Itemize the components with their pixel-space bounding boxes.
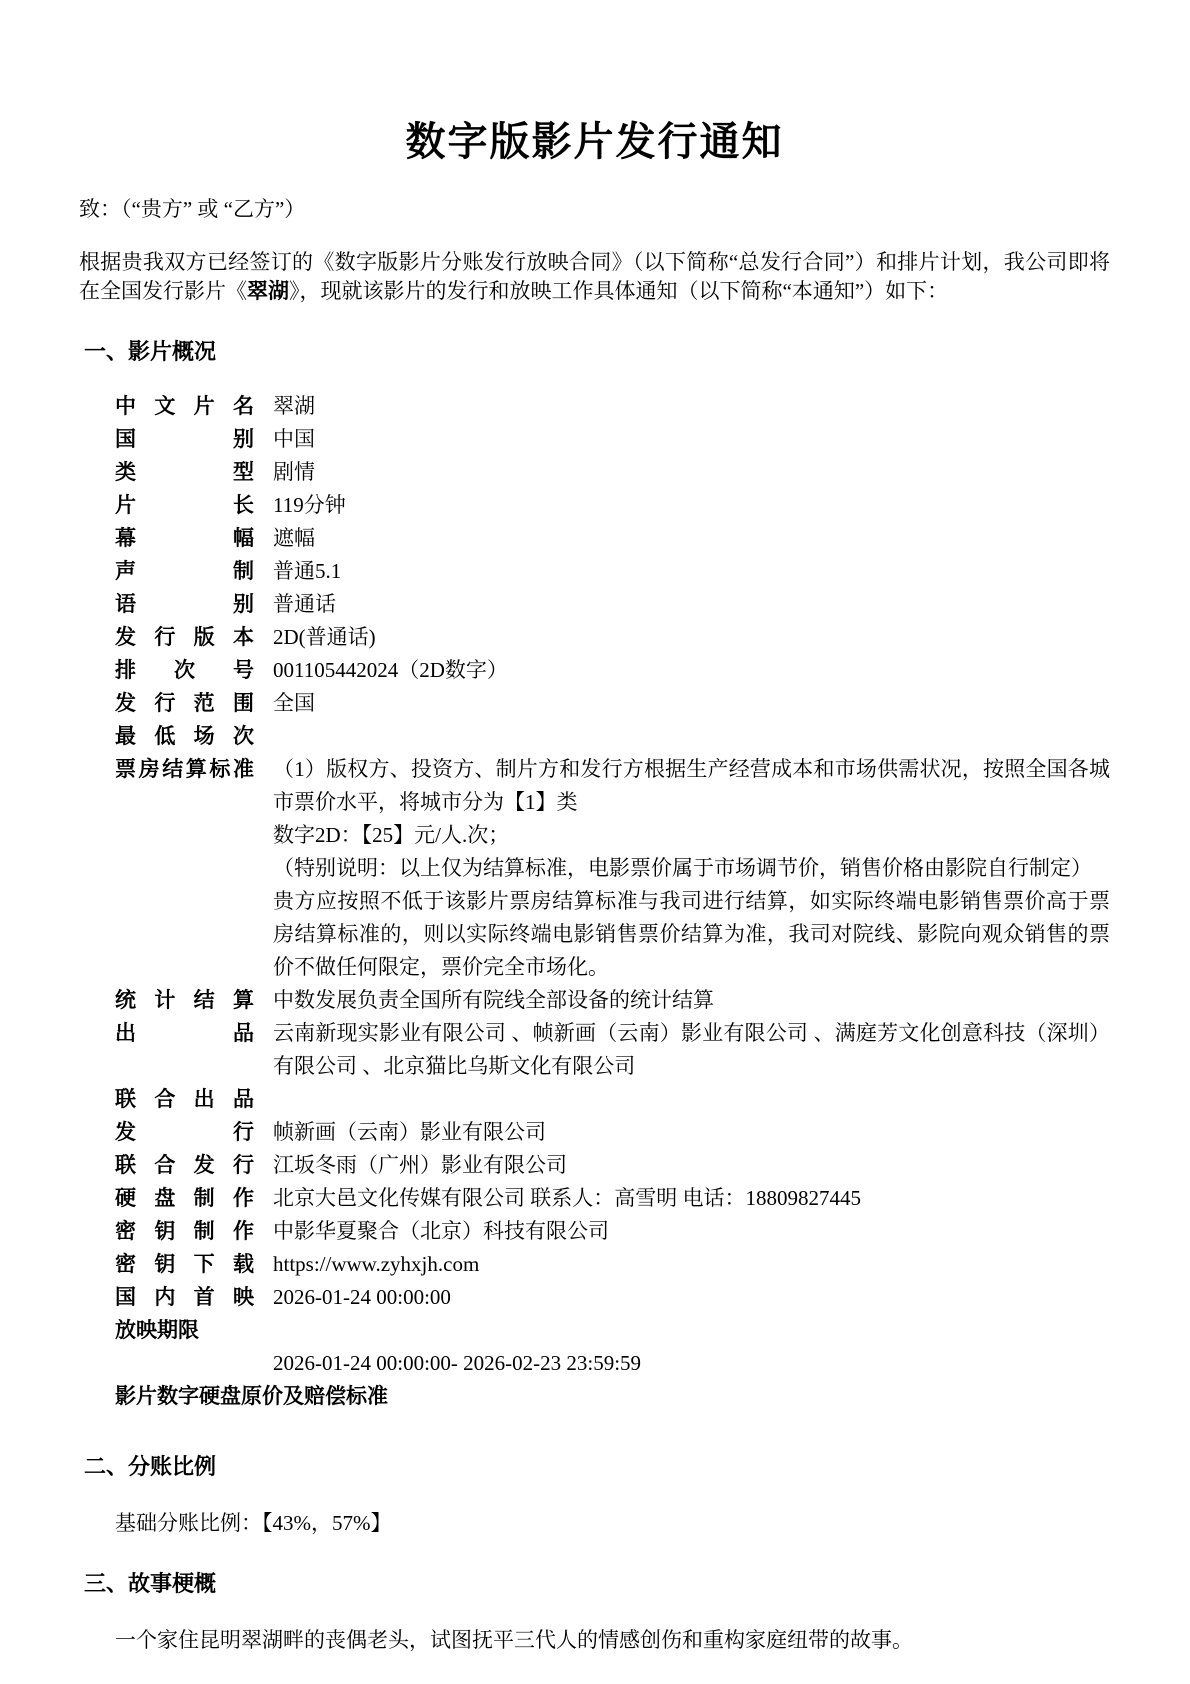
addressee-line: 致：（“贵方” 或 “乙方”） <box>79 195 1110 224</box>
field-value-line: 云南新现实影业有限公司 、帧新画（云南）影业有限公司 、满庭芳文化创意科技（深圳… <box>273 1017 1110 1083</box>
field-value: 江坂冬雨（广州）影业有限公司 <box>273 1149 1110 1182</box>
field-row: 联合发行 江坂冬雨（广州）影业有限公司 <box>115 1149 1110 1182</box>
field-label: 中文片名 <box>115 390 254 423</box>
field-value-line: （1）版权方、投资方、制片方和发行方根据生产经营成本和市场供需状况，按照全国各城… <box>273 753 1110 819</box>
field-row: 国内首映 2026-01-24 00:00:00 <box>115 1281 1110 1314</box>
field-row: 最低场次 <box>115 720 1110 753</box>
field-label: 幕幅 <box>115 522 254 555</box>
field-row: 语别 普通话 <box>115 588 1110 621</box>
field-value-line: 001105442024（2D数字） <box>273 654 1110 687</box>
field-row: 发行版本 2D(普通话) <box>115 621 1110 654</box>
section-heading-synopsis: 三、故事梗概 <box>84 1572 1110 1596</box>
field-value-line: 普通5.1 <box>273 555 1110 588</box>
field-row: 国别 中国 <box>115 423 1110 456</box>
field-row: 放映期限 2026-01-24 00:00:00- 2026-02-23 23:… <box>115 1314 1110 1380</box>
field-value <box>407 1380 1110 1413</box>
field-value: 遮幅 <box>273 522 1110 555</box>
field-value <box>273 720 1110 753</box>
field-value-line: 贵方应按照不低于该影片票房结算标准与我司进行结算，如实际终端电影销售票价高于票房… <box>273 885 1110 984</box>
field-row: 类型 剧情 <box>115 456 1110 489</box>
film-title-bold: 翠湖 <box>247 279 289 303</box>
field-row: 统计结算 中数发展负责全国所有院线全部设备的统计结算 <box>115 984 1110 1017</box>
page-title: 数字版影片发行通知 <box>79 120 1110 164</box>
field-value: 2026-01-24 00:00:00- 2026-02-23 23:59:59 <box>273 1347 1110 1380</box>
field-value-line: 全国 <box>273 687 1110 720</box>
field-value: 119分钟 <box>273 489 1110 522</box>
field-row: 影片数字硬盘原价及赔偿标准 <box>115 1380 1110 1413</box>
field-row: 中文片名 翠湖 <box>115 390 1110 423</box>
field-label: 联合出品 <box>115 1083 254 1116</box>
field-label: 最低场次 <box>115 720 254 753</box>
field-value: （1）版权方、投资方、制片方和发行方根据生产经营成本和市场供需状况，按照全国各城… <box>273 753 1110 984</box>
field-label: 国内首映 <box>115 1281 254 1314</box>
field-value: 2D(普通话) <box>273 621 1110 654</box>
field-value: 普通5.1 <box>273 555 1110 588</box>
field-label: 票房结算标准 <box>115 753 254 786</box>
field-row: 片长 119分钟 <box>115 489 1110 522</box>
field-value-line <box>407 1380 1110 1413</box>
field-row: 票房结算标准 （1）版权方、投资方、制片方和发行方根据生产经营成本和市场供需状况… <box>115 753 1110 984</box>
field-value-line: 江坂冬雨（广州）影业有限公司 <box>273 1149 1110 1182</box>
field-value: 2026-01-24 00:00:00 <box>273 1281 1110 1314</box>
film-overview-fields: 中文片名 翠湖 国别 中国 类型 剧情 片长 119分钟 幕幅 遮幅 声制 普通… <box>115 390 1110 1413</box>
field-value-line: 中数发展负责全国所有院线全部设备的统计结算 <box>273 984 1110 1017</box>
field-value-line: 北京大邑文化传媒有限公司 联系人：高雪明 电话：18809827445 <box>273 1182 1110 1215</box>
synopsis-content: 一个家住昆明翠湖畔的丧偶老头，试图抚平三代人的情感创伤和重构家庭纽带的故事。 <box>115 1626 1110 1655</box>
field-value: 普通话 <box>273 588 1110 621</box>
field-value: 帧新画（云南）影业有限公司 <box>273 1116 1110 1149</box>
field-row: 发行范围 全国 <box>115 687 1110 720</box>
field-label: 密钥制作 <box>115 1215 254 1248</box>
field-value: 全国 <box>273 687 1110 720</box>
field-label: 片长 <box>115 489 254 522</box>
field-value: 中国 <box>273 423 1110 456</box>
field-label: 统计结算 <box>115 984 254 1017</box>
field-value-line: 119分钟 <box>273 489 1110 522</box>
field-label: 发行版本 <box>115 621 254 654</box>
field-label: 发行范围 <box>115 687 254 720</box>
field-value-line: 2D(普通话) <box>273 621 1110 654</box>
field-value: https://www.zyhxjh.com <box>273 1248 1110 1281</box>
field-value: 001105442024（2D数字） <box>273 654 1110 687</box>
field-value-line: 遮幅 <box>273 522 1110 555</box>
field-value-line: 帧新画（云南）影业有限公司 <box>273 1116 1110 1149</box>
field-label: 声制 <box>115 555 254 588</box>
field-value-line: 中国 <box>273 423 1110 456</box>
field-row: 出品 云南新现实影业有限公司 、帧新画（云南）影业有限公司 、满庭芳文化创意科技… <box>115 1017 1110 1083</box>
field-label: 发行 <box>115 1116 254 1149</box>
field-row: 密钥下载 https://www.zyhxjh.com <box>115 1248 1110 1281</box>
field-label: 出品 <box>115 1017 254 1050</box>
field-label: 硬盘制作 <box>115 1182 254 1215</box>
field-row: 幕幅 遮幅 <box>115 522 1110 555</box>
field-value-line: 剧情 <box>273 456 1110 489</box>
field-label: 联合发行 <box>115 1149 254 1182</box>
field-label: 语别 <box>115 588 254 621</box>
field-value-line: https://www.zyhxjh.com <box>273 1248 1110 1281</box>
intro-text-after: 》，现就该影片的发行和放映工作具体通知（以下简称“本通知”）如下： <box>289 279 948 303</box>
intro-paragraph: 根据贵我双方已经签订的《数字版影片分账发行放映合同》（以下简称“总发行合同”）和… <box>79 248 1110 306</box>
field-value-line: 中影华夏聚合（北京）科技有限公司 <box>273 1215 1110 1248</box>
field-label: 影片数字硬盘原价及赔偿标准 <box>115 1380 388 1413</box>
field-label: 密钥下载 <box>115 1248 254 1281</box>
field-row: 密钥制作 中影华夏聚合（北京）科技有限公司 <box>115 1215 1110 1248</box>
field-value-line <box>273 720 1110 753</box>
field-label: 类型 <box>115 456 254 489</box>
field-value-line: 数字2D：【25】元/人.次； <box>273 819 1110 852</box>
field-label: 排次号 <box>115 654 254 687</box>
field-label: 国别 <box>115 423 254 456</box>
field-row: 发行 帧新画（云南）影业有限公司 <box>115 1116 1110 1149</box>
field-value: 中数发展负责全国所有院线全部设备的统计结算 <box>273 984 1110 1017</box>
field-value-line <box>273 1083 1110 1116</box>
field-value-line: 翠湖 <box>273 390 1110 423</box>
field-label: 放映期限 <box>115 1314 254 1347</box>
field-row: 排次号 001105442024（2D数字） <box>115 654 1110 687</box>
field-value: 云南新现实影业有限公司 、帧新画（云南）影业有限公司 、满庭芳文化创意科技（深圳… <box>273 1017 1110 1083</box>
notice-document: 数字版影片发行通知 致：（“贵方” 或 “乙方”） 根据贵我双方已经签订的《数字… <box>0 0 1190 1684</box>
field-value: 剧情 <box>273 456 1110 489</box>
field-value: 中影华夏聚合（北京）科技有限公司 <box>273 1215 1110 1248</box>
field-value-line: 2026-01-24 00:00:00- 2026-02-23 23:59:59 <box>273 1347 1110 1380</box>
field-value: 翠湖 <box>273 390 1110 423</box>
section-heading-overview: 一、影片概况 <box>84 340 1110 364</box>
field-value-line: 普通话 <box>273 588 1110 621</box>
field-value-line: 2026-01-24 00:00:00 <box>273 1281 1110 1314</box>
field-row: 声制 普通5.1 <box>115 555 1110 588</box>
field-row: 硬盘制作 北京大邑文化传媒有限公司 联系人：高雪明 电话：18809827445 <box>115 1182 1110 1215</box>
field-value: 北京大邑文化传媒有限公司 联系人：高雪明 电话：18809827445 <box>273 1182 1110 1215</box>
field-value <box>273 1083 1110 1116</box>
revenue-split-content: 基础分账比例：【43%，57%】 <box>115 1509 1110 1538</box>
field-value-line: （特别说明：以上仅为结算标准，电影票价属于市场调节价，销售价格由影院自行制定） <box>273 852 1110 885</box>
field-row: 联合出品 <box>115 1083 1110 1116</box>
section-heading-revenue-split: 二、分账比例 <box>84 1455 1110 1479</box>
